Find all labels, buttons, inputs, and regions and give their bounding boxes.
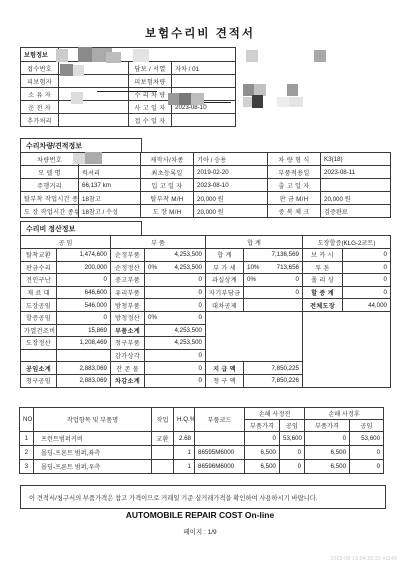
col-header-part-price: 부품가격 bbox=[245, 420, 280, 432]
page-indicator: 페이지 : 1/9 bbox=[0, 527, 400, 536]
cell-item-name: 몰딩-프론트 범퍼,우측 bbox=[34, 460, 152, 474]
cell-amount: 4,253,500 bbox=[145, 249, 206, 262]
cell-value: 20,000 원 bbox=[321, 192, 391, 205]
cell-label: 청구부품 bbox=[111, 337, 145, 350]
cell-percent: 0% bbox=[247, 276, 256, 283]
redaction-block bbox=[179, 93, 191, 105]
col-header-paint: 도장할증(KLG-2코트) bbox=[303, 236, 391, 249]
cell-amount: 6,500 bbox=[245, 446, 280, 460]
cell-label: 입 고 일 자 bbox=[141, 179, 194, 192]
cell-value: 20,000 원 bbox=[194, 192, 268, 205]
cell-amount: 0 bbox=[145, 299, 206, 312]
redaction-block bbox=[60, 64, 73, 76]
cell-amount: 0 bbox=[280, 446, 305, 460]
cell-value bbox=[321, 179, 391, 192]
cell-value: K3(18) bbox=[321, 153, 391, 166]
redaction-block bbox=[106, 52, 121, 63]
cell-label: 재 료 대 bbox=[21, 286, 57, 299]
cell-amount: 0 bbox=[343, 249, 391, 262]
cell-value: 자차 / 01 bbox=[172, 62, 236, 75]
cell-amount: 200,000 bbox=[57, 261, 111, 274]
cell-amount: 0 bbox=[280, 460, 305, 474]
cell-number: 7,136,569 bbox=[271, 251, 299, 258]
cell-value bbox=[59, 75, 129, 88]
cell-amount: 53,600 bbox=[350, 432, 384, 446]
cell-number: 0 bbox=[199, 276, 202, 283]
cell-amount: 6,500 bbox=[305, 446, 350, 460]
cell-label: 부품소계 bbox=[111, 324, 145, 337]
table-row: 판금수리 200,000 순정정산 0%4,253,500 부 가 세 10%7… bbox=[21, 261, 391, 274]
cell-label: 접 수 일 자 bbox=[129, 114, 172, 127]
cell-number: 0 bbox=[199, 289, 202, 296]
cell-item-name: 몰딩-프론트 범퍼,좌측 bbox=[34, 446, 152, 460]
cell-label: 청구공임 bbox=[21, 374, 57, 387]
cell-label: 출 고 일 자 bbox=[268, 179, 321, 192]
cell-amount: 0 bbox=[343, 274, 391, 287]
cell-label: 방청정산 bbox=[111, 311, 145, 324]
cell-no: 3 bbox=[20, 460, 34, 474]
redaction-block bbox=[56, 49, 68, 62]
cell-label: 탈부착 작업시간 종류 bbox=[21, 192, 79, 205]
col-header-work: 작업 bbox=[152, 408, 174, 432]
cell-work: 교환 bbox=[152, 432, 174, 446]
cell-label: 부품적용일 bbox=[268, 166, 321, 179]
cell-amount: 0 bbox=[350, 460, 384, 474]
cell-amount: 0 bbox=[245, 432, 280, 446]
cell-label: 순정부품 bbox=[111, 249, 145, 262]
table-row: 3 몰딩-프론트 범퍼,우측 1 86596M6000 6,500 0 6,50… bbox=[20, 460, 384, 474]
cell-label: 탈착교환 bbox=[21, 249, 57, 262]
redaction-block bbox=[85, 152, 102, 164]
cell-label: 순정정산 bbox=[111, 261, 145, 274]
cell-amount: 0 bbox=[305, 432, 350, 446]
signature-line bbox=[97, 91, 157, 92]
cell-amount: 53,600 bbox=[280, 432, 305, 446]
cell-label: 지 급 액 bbox=[206, 362, 244, 375]
redaction-block bbox=[168, 93, 179, 105]
cell-hq: 2.68 bbox=[174, 432, 195, 446]
cell-amount: 7,136,569 bbox=[244, 249, 303, 262]
table-row: 접수번호 담보 / 서열 자차 / 01 bbox=[21, 62, 236, 75]
cell-label: 탈부착 M/H bbox=[141, 192, 194, 205]
cell-amount: 4,253,500 bbox=[145, 324, 206, 337]
cell-label: 가열건조비 bbox=[21, 324, 57, 337]
cell-amount: 4,253,500 bbox=[145, 337, 206, 350]
cell-number: 0 bbox=[199, 314, 202, 321]
col-header-hq: H.Q.% bbox=[174, 408, 195, 432]
cell-value bbox=[172, 75, 236, 88]
cell-value: 20,000 원 bbox=[194, 205, 268, 218]
cell-amount: 15,869 bbox=[57, 324, 111, 337]
vehicle-section-title: 수리차량/견적정보 bbox=[20, 138, 142, 153]
cell-label: 판금수리 bbox=[21, 261, 57, 274]
settlement-section-title: 수리비 정산정보 bbox=[20, 221, 142, 236]
col-header-total: 합 계 bbox=[206, 236, 303, 249]
cell-value bbox=[59, 114, 129, 127]
cell-label: 차감소계 bbox=[111, 374, 145, 387]
cell-amount: 0 bbox=[145, 362, 206, 375]
table-row: 모 델 명 럭셔리 최초등록일 2019-02-20 부품적용일 2023-08… bbox=[21, 166, 391, 179]
table-row: 도 장 작업시간 종류 18참고 / 수성 도 장 M/H 20,000 원 중… bbox=[21, 205, 391, 218]
cell-amount: 44,000 bbox=[343, 299, 391, 312]
cell-amount: 7,850,225 bbox=[244, 362, 303, 375]
col-header-parts: 부 품 bbox=[111, 236, 206, 249]
cell-label: 보 카 시 bbox=[303, 249, 343, 262]
cell-label: 도장정산 bbox=[21, 337, 57, 350]
col-header-labor: 공임 bbox=[280, 420, 305, 432]
redaction-block bbox=[73, 153, 85, 164]
cell-work bbox=[152, 446, 174, 460]
table-row: 재 료 대 646,600 유리부품 0 자기부담금 0 할 증 계 0 bbox=[21, 286, 391, 299]
work-items-table: NO 작업항목 및 부품명 작업 H.Q.% 부품코드 손해 사정전 손해 사정… bbox=[19, 407, 384, 474]
cell-value: 18참고 bbox=[79, 192, 141, 205]
cell-amount: 0 bbox=[57, 274, 111, 287]
cell-label: 부 가 세 bbox=[206, 261, 244, 274]
cell-label: 피보험자 bbox=[21, 75, 59, 88]
redaction-block bbox=[78, 47, 92, 62]
cell-label: 접수번호 bbox=[21, 62, 59, 75]
table-row: 탈착교환 1,474,600 순정부품 4,253,500 합 계 7,136,… bbox=[21, 249, 391, 262]
cell-amount: 2,883,069 bbox=[57, 362, 111, 375]
cell-amount: 0 bbox=[343, 286, 391, 299]
cell-amount: 0 bbox=[145, 374, 206, 387]
cell-value: 18참고 / 수성 bbox=[79, 205, 141, 218]
cell-label: 운 전 자 bbox=[21, 101, 59, 114]
cell-label: 감가상각 bbox=[111, 349, 145, 362]
cell-label: 대차공제 bbox=[206, 299, 244, 312]
cell-percent: 0% bbox=[148, 264, 157, 271]
cell-amount: 6,500 bbox=[305, 460, 350, 474]
col-header-after: 손해 사정후 bbox=[305, 408, 384, 420]
cell-label: 잔 존 물 bbox=[111, 362, 145, 375]
redaction-block bbox=[133, 49, 149, 62]
cell-label: 주행거리 bbox=[21, 179, 79, 192]
redaction-block bbox=[287, 84, 298, 96]
cell-label: 수 리 차 량 bbox=[129, 88, 172, 101]
table-row: 할증공임 0 방청정산 0%0 bbox=[21, 311, 391, 324]
cell-amount: 0 bbox=[343, 261, 391, 274]
cell-label: 합 계 bbox=[206, 249, 244, 262]
cell-amount: 0 bbox=[145, 349, 206, 362]
cell-hq: 1 bbox=[174, 460, 195, 474]
signature-line bbox=[204, 102, 231, 103]
cell-value: 2023-08-11 bbox=[321, 166, 391, 179]
cell-label: 유리부품 bbox=[111, 286, 145, 299]
cell-label: 모 델 명 bbox=[21, 166, 79, 179]
notice-text: 이 견적서/청구서의 부품가격은 참고 가격이므로 거래일 기준 실거래가격을 … bbox=[29, 495, 318, 502]
cell-code bbox=[195, 432, 245, 446]
table-row: 견인구난 0 중고부품 0 과실상계 0%0 폴 리 싱 0 bbox=[21, 274, 391, 287]
cell-label: 담보 / 서열 bbox=[129, 62, 172, 75]
cell-code: 86595M6000 bbox=[195, 446, 245, 460]
cell-no: 1 bbox=[20, 432, 34, 446]
cell-value: 2019-02-20 bbox=[194, 166, 268, 179]
cell-amount: 6,500 bbox=[245, 460, 280, 474]
cell-label: 자기부담금 bbox=[206, 286, 244, 299]
cell-label: 전체도장 bbox=[303, 299, 343, 312]
cell-label: 도 장 작업시간 종류 bbox=[21, 205, 79, 218]
cell-code: 86596M6000 bbox=[195, 460, 245, 474]
col-header-name: 작업항목 및 부품명 bbox=[34, 408, 152, 432]
col-header-part-price: 부품가격 bbox=[305, 420, 350, 432]
cell-value bbox=[59, 101, 129, 114]
cell-work bbox=[152, 460, 174, 474]
col-header-before: 손해 사정전 bbox=[245, 408, 305, 420]
table-row: 탈부착 작업시간 종류 18참고 탈부착 M/H 20,000 원 판 금 M/… bbox=[21, 192, 391, 205]
redaction-block bbox=[289, 97, 303, 107]
cell-label: 최초등록일 bbox=[141, 166, 194, 179]
settlement-table: 공 임 부 품 합 계 도장할증(KLG-2코트) 탈착교환 1,474,600… bbox=[20, 235, 391, 388]
cell-label: 청 구 액 bbox=[206, 374, 244, 387]
cell-amount: 2,883,069 bbox=[57, 374, 111, 387]
cell-label: 차 량 형 식 bbox=[268, 153, 321, 166]
cell-amount: 646,600 bbox=[57, 286, 111, 299]
cell-label: 도 장 M/H bbox=[141, 205, 194, 218]
document-title: 보험수리비 견적서 bbox=[0, 25, 400, 41]
insurance-info-table: 보험정보 접수번호 담보 / 서열 자차 / 01 피보험자 피보험차량 소 유… bbox=[20, 47, 236, 127]
redaction-block bbox=[191, 93, 204, 105]
estimate-document: 보험수리비 견적서 보험정보 접수번호 담보 / 서열 자차 / 01 피보험자… bbox=[0, 0, 400, 566]
section-title: 보험정보 bbox=[21, 48, 59, 62]
cell-label: 견인구난 bbox=[21, 274, 57, 287]
cell-label: 방청부품 bbox=[111, 299, 145, 312]
cell-item-name: 프런트범퍼커버 bbox=[34, 432, 152, 446]
cell-amount: 0%4,253,500 bbox=[145, 261, 206, 274]
cell-number: 0 bbox=[296, 289, 299, 296]
cell-number: 4,253,500 bbox=[174, 251, 202, 258]
table-row: 1 프런트범퍼커버 교환 2.68 0 53,600 0 53,600 bbox=[20, 432, 384, 446]
cell-label: 차량번호 bbox=[21, 153, 79, 166]
cell-label: 제작사/차종 bbox=[141, 153, 194, 166]
table-row: 피보험자 피보험차량 bbox=[21, 75, 236, 88]
redaction-block bbox=[277, 97, 289, 107]
cell-value: 66,137 km bbox=[79, 179, 141, 192]
cell-amount: 0 bbox=[145, 286, 206, 299]
cell-percent: 10% bbox=[247, 264, 259, 271]
cell-label: 사 고 일 자 bbox=[129, 101, 172, 114]
cell-amount: 1,474,600 bbox=[57, 249, 111, 262]
cell-amount: 0 bbox=[57, 311, 111, 324]
cell-value bbox=[59, 88, 129, 101]
table-row: 보험정보 bbox=[21, 48, 236, 62]
cell-value: 2023-08-10 bbox=[194, 179, 268, 192]
cell-amount bbox=[244, 299, 303, 312]
table-row: NO 작업항목 및 부품명 작업 H.Q.% 부품코드 손해 사정전 손해 사정… bbox=[20, 408, 384, 420]
table-row: 2 몰딩-프론트 범퍼,좌측 1 86595M6000 6,500 0 6,50… bbox=[20, 446, 384, 460]
table-row: 추가처리 접 수 일 자 bbox=[21, 114, 236, 127]
redaction-block bbox=[314, 50, 326, 62]
cell-label: 공임소계 bbox=[21, 362, 57, 375]
cell-amount: 10%713,656 bbox=[244, 261, 303, 274]
cell-label: 중고부품 bbox=[111, 274, 145, 287]
redaction-block bbox=[243, 97, 252, 107]
redaction-block bbox=[71, 92, 83, 104]
cell-number: 713,656 bbox=[277, 264, 299, 271]
cell-label: 투 톤 bbox=[303, 261, 343, 274]
cell-amount: 1,208,469 bbox=[57, 337, 111, 350]
cell-label: 소 유 자 bbox=[21, 88, 59, 101]
cell-number: 4,253,500 bbox=[174, 264, 202, 271]
cell-label: 판 금 M/H bbox=[268, 192, 321, 205]
cell-amount: 546,000 bbox=[57, 299, 111, 312]
cell-value: 검증완료 bbox=[321, 205, 391, 218]
cell-amount: 0 bbox=[244, 286, 303, 299]
redaction-block bbox=[252, 95, 263, 108]
cell-number: 0 bbox=[199, 302, 202, 309]
cell-label: 할 증 계 bbox=[303, 286, 343, 299]
cell-amount: 0%0 bbox=[244, 274, 303, 287]
cell-label: 폴 리 싱 bbox=[303, 274, 343, 287]
cell-amount: 7,850,226 bbox=[244, 374, 303, 387]
empty-merged-cell bbox=[303, 311, 391, 387]
cell-value: 럭셔리 bbox=[79, 166, 141, 179]
table-row: 주행거리 66,137 km 입 고 일 자 2023-08-10 출 고 일 … bbox=[21, 179, 391, 192]
cell-label: 추가처리 bbox=[21, 114, 59, 127]
redaction-block bbox=[246, 50, 258, 62]
cell-label: 할증공임 bbox=[21, 311, 57, 324]
cell-label: 도장공임 bbox=[21, 299, 57, 312]
cell-label: 피보험차량 bbox=[129, 75, 172, 88]
redaction-block bbox=[73, 65, 84, 76]
cell-no: 2 bbox=[20, 446, 34, 460]
table-row: 공 임 부 품 합 계 도장할증(KLG-2코트) bbox=[21, 236, 391, 249]
cell-amount: 0 bbox=[145, 274, 206, 287]
print-timestamp: 2023-08-16 04:20:30 #1149 bbox=[331, 556, 397, 562]
col-header-no: NO bbox=[20, 408, 34, 432]
col-header-labor: 공임 bbox=[350, 420, 384, 432]
footer-title: AUTOMOBILE REPAIR COST On-line bbox=[0, 510, 400, 520]
cell-amount: 0 bbox=[350, 446, 384, 460]
col-header-labor: 공 임 bbox=[21, 236, 111, 249]
cell-label bbox=[21, 349, 57, 362]
cell-label: 과실상계 bbox=[206, 274, 244, 287]
cell-value bbox=[172, 114, 236, 127]
empty-merged-cell bbox=[206, 311, 303, 361]
cell-hq: 1 bbox=[174, 446, 195, 460]
notice-box: 이 견적서/청구서의 부품가격은 참고 가격이므로 거래일 기준 실거래가격을 … bbox=[20, 485, 386, 509]
cell-label: 중 복 체 크 bbox=[268, 205, 321, 218]
cell-percent: 0% bbox=[148, 314, 157, 321]
cell-value: 기아 / 승용 bbox=[194, 153, 268, 166]
cell-amount bbox=[57, 349, 111, 362]
table-row: 도장공임 546,000 방청부품 0 대차공제 전체도장 44,000 bbox=[21, 299, 391, 312]
col-header-code: 부품코드 bbox=[195, 408, 245, 432]
cell-amount: 0%0 bbox=[145, 311, 206, 324]
cell-number: 0 bbox=[296, 276, 299, 283]
